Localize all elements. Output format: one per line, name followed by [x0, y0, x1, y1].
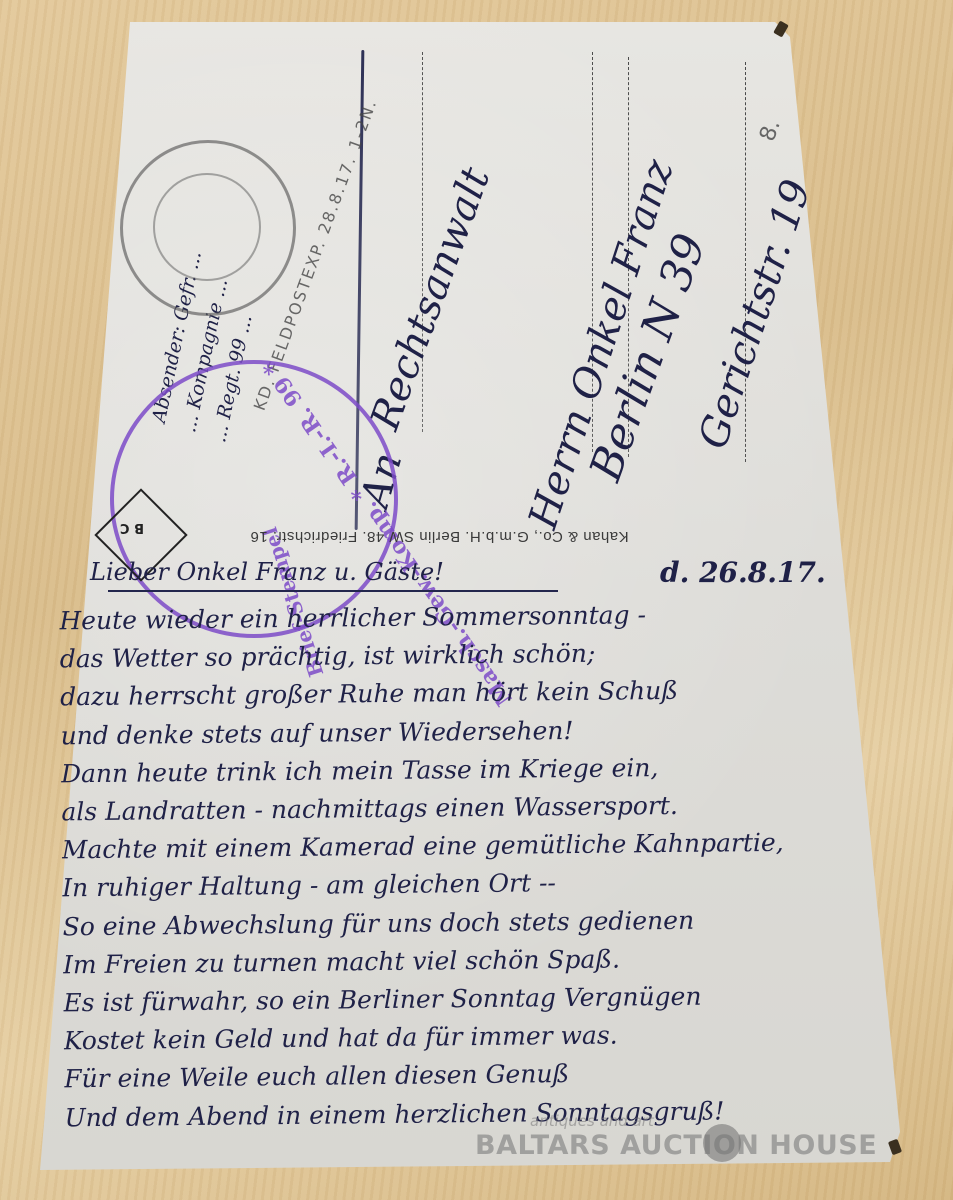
postmark-inner-ring: [153, 173, 261, 281]
watermark-brand: BALTARS AUCTION HOUSE: [475, 1130, 877, 1161]
message-body: Heute wieder ein herrlicher Sommersonnta…: [59, 594, 895, 1138]
postmark-stamp: [120, 140, 296, 316]
photo-background: { "postcard": { "description": "Reverse …: [0, 0, 953, 1200]
salutation: Lieber Onkel Franz u. Gäste!: [90, 558, 444, 586]
salutation-underline: [108, 590, 558, 592]
publisher-logo-text: B C: [120, 520, 144, 535]
watermark-tagline: antiques and art: [530, 1112, 654, 1130]
publisher-imprint: Kahan & Co., G.m.b.H. Berlin SW 48. Frie…: [250, 528, 629, 545]
letter-date: d. 26.8.17.: [660, 556, 826, 589]
